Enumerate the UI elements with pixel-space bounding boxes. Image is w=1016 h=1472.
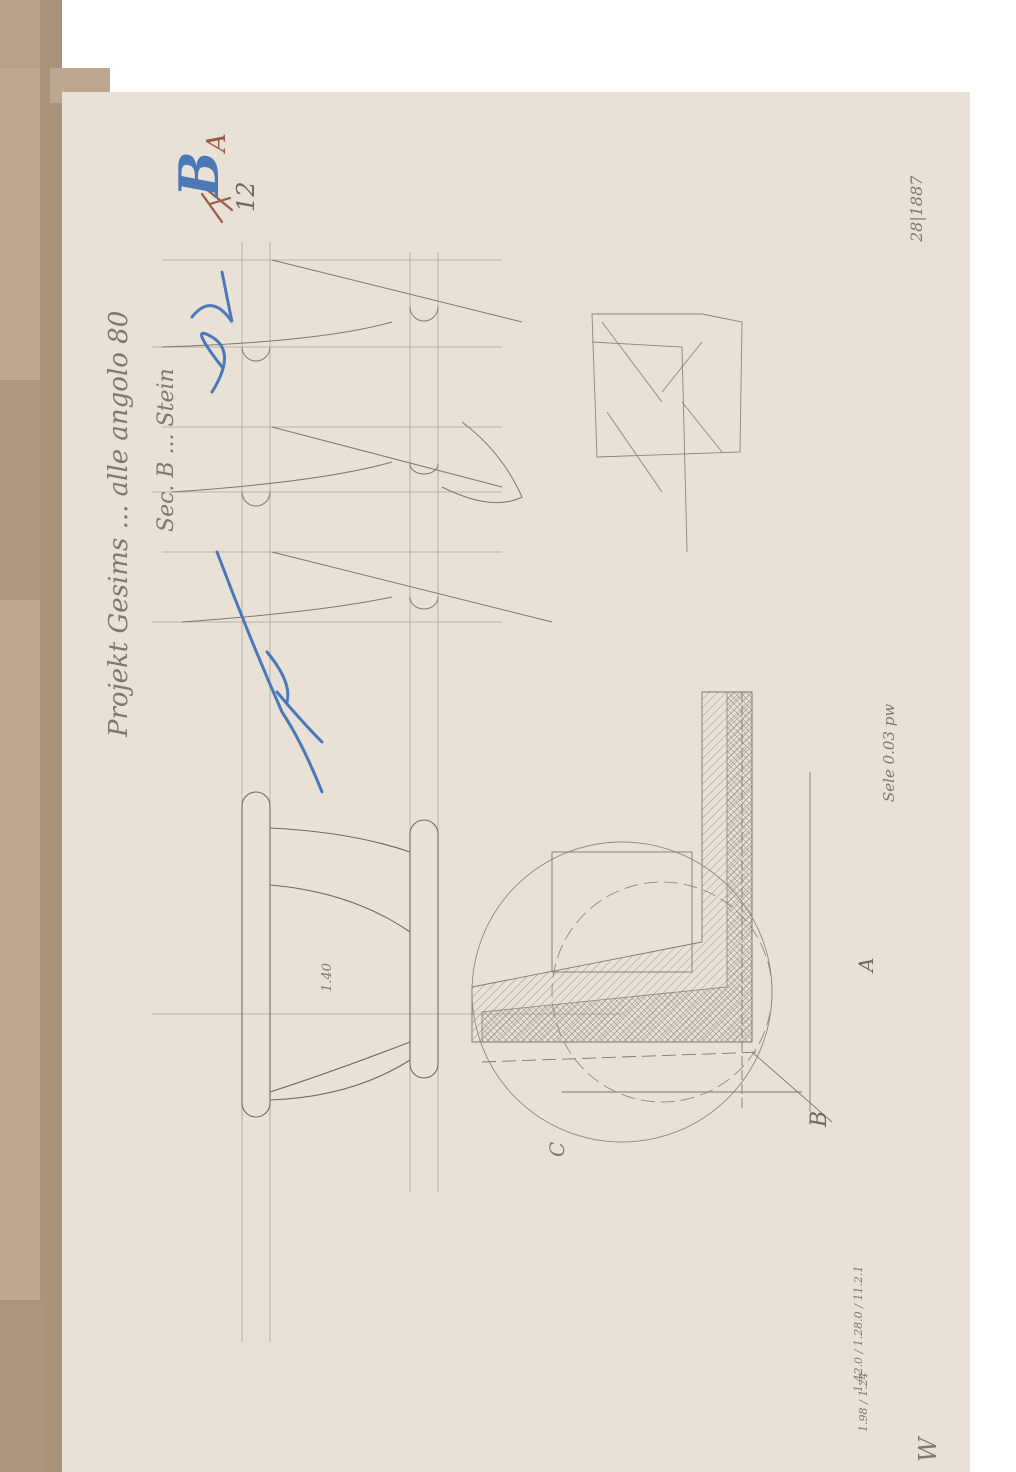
pencil-drawing (62, 92, 970, 1472)
label-C: C (545, 1142, 569, 1157)
catalog-number: 28|1887 (907, 176, 926, 242)
label-A: A (854, 958, 878, 972)
label-B: B (807, 1111, 832, 1127)
backing-patch-2 (0, 1300, 45, 1472)
title-annotation-line2: Sec. B ... Stein (154, 368, 179, 532)
scale-label: 12 (232, 181, 260, 212)
section-letter-red: A (202, 133, 232, 152)
corner-mark: W (914, 1437, 942, 1462)
drawing-sheet: Projekt Gesims ... alle angolo 80 Sec. B… (62, 92, 970, 1472)
section-letter-blue: B (167, 151, 231, 197)
backing-board-edge (40, 0, 62, 1472)
title-annotation-line1: Projekt Gesims ... alle angolo 80 (104, 311, 134, 737)
backing-patch (0, 380, 40, 600)
bottom-numbers: 1.98 / 1.24 (857, 1372, 870, 1432)
right-note: Sele 0.03 pw (880, 704, 898, 802)
dimension-main: 1.40 (320, 963, 335, 992)
